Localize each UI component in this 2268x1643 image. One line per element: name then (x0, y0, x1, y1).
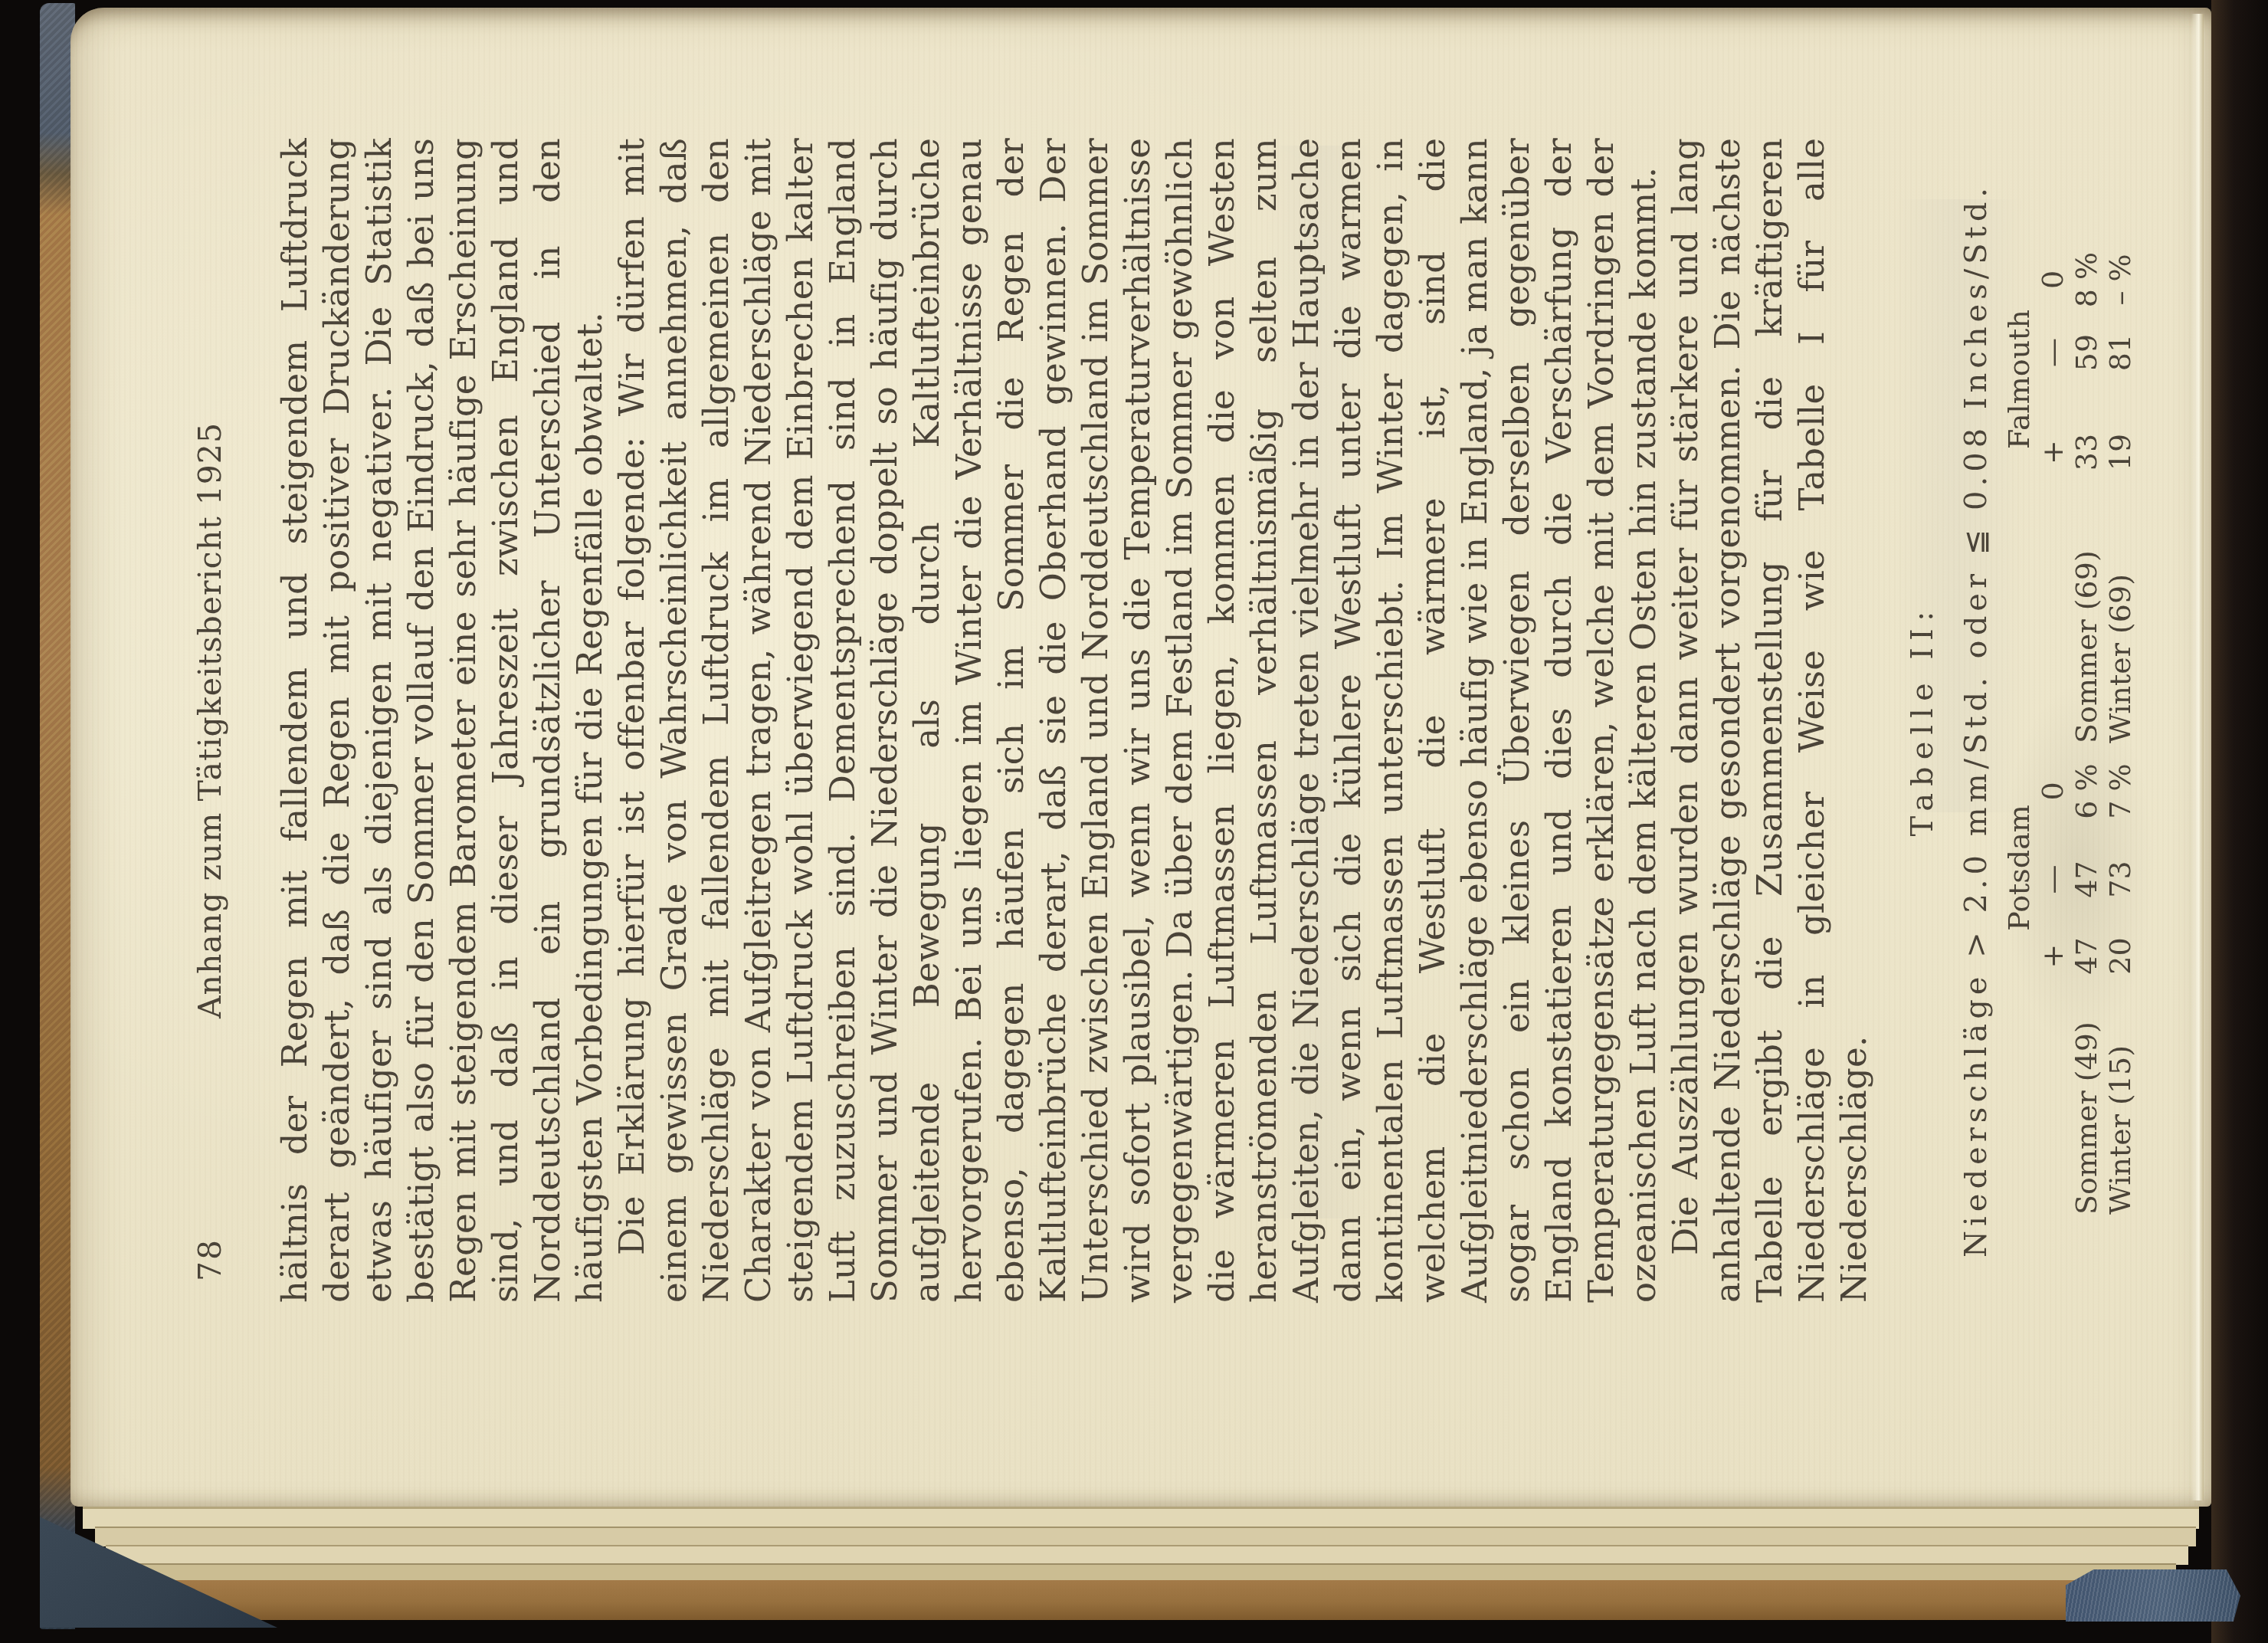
page-content: 78 Anhang zum Tätigkeitsbericht 1925 häl… (188, 138, 2137, 1303)
book-cover-bottom-edge (66, 1580, 2104, 1620)
col-header-minus: — (2036, 322, 2070, 383)
paragraph-continuation: hältnis der Regen mit fallendem und stei… (274, 138, 611, 1303)
table-column-header-row: + — 0 + — 0 (2036, 138, 2070, 1303)
value: 19 (2103, 383, 2137, 521)
book-right-cover-edge (2211, 0, 2268, 1643)
table-row-winter: Winter (15) 20 73 7 % Winter (69) 19 81 … (2103, 138, 2137, 1303)
value: 47 (2070, 839, 2103, 920)
page-fore-edge-highlight (2191, 14, 2204, 1500)
page-stack-edge (106, 1545, 2188, 1565)
page-stack-edge (116, 1563, 2176, 1582)
table-group-falmouth: Falmouth (2002, 238, 2036, 521)
value: 7 % (2103, 743, 2137, 839)
table-row-sommer: Sommer (49) 47 47 6 % Sommer (69) 33 59 … (2070, 138, 2103, 1303)
paragraph-explanation: Die Erklärung hierfür ist offenbar folge… (611, 138, 1664, 1303)
paragraph-auszaehlungen: Die Auszählungen wurden dann weiter für … (1664, 138, 1875, 1303)
table-subcaption: Niederschläge > 2.0 mm/Std. oder ≦ 0.08 … (1955, 138, 1998, 1303)
value: – % (2103, 238, 2137, 322)
running-head: 78 Anhang zum Tätigkeitsbericht 1925 (188, 138, 232, 1303)
running-head-title: Anhang zum Tätigkeitsbericht 1925 (188, 138, 232, 1303)
value: 8 % (2070, 238, 2103, 322)
col-header-zero: 0 (2036, 238, 2070, 322)
col-header-minus: — (2036, 839, 2070, 920)
value: 81 (2103, 322, 2137, 383)
row-label: Sommer (49) (2070, 992, 2103, 1215)
value: 73 (2103, 839, 2137, 920)
value: 33 (2070, 383, 2103, 521)
book-page: 78 Anhang zum Tätigkeitsbericht 1925 häl… (70, 8, 2211, 1507)
page-number: 78 (188, 1238, 232, 1281)
data-table: Potsdam Falmouth + — 0 + — 0 Sommer (49)… (2002, 138, 2137, 1303)
table-group-potsdam: Potsdam (2002, 743, 2036, 992)
value: 20 (2103, 920, 2137, 992)
col-header-plus: + (2036, 920, 2070, 992)
table-group-header-row: Potsdam Falmouth (2002, 138, 2036, 1303)
book-photo: { "page": { "number": "78", "running_hea… (0, 0, 2268, 1643)
col-header-plus: + (2036, 383, 2070, 521)
row-label: Winter (15) (2103, 992, 2137, 1215)
table-caption: Tabelle II: (1901, 138, 1944, 1303)
row-label: Winter (69) (2103, 521, 2137, 743)
cover-corner-cloth-blue (2066, 1569, 2240, 1622)
page-stack-edge (95, 1527, 2196, 1546)
value: 47 (2070, 920, 2103, 992)
col-header-zero: 0 (2036, 743, 2070, 839)
page-stack-edge (83, 1507, 2199, 1529)
row-label: Sommer (69) (2070, 521, 2103, 743)
value: 59 (2070, 322, 2103, 383)
value: 6 % (2070, 743, 2103, 839)
